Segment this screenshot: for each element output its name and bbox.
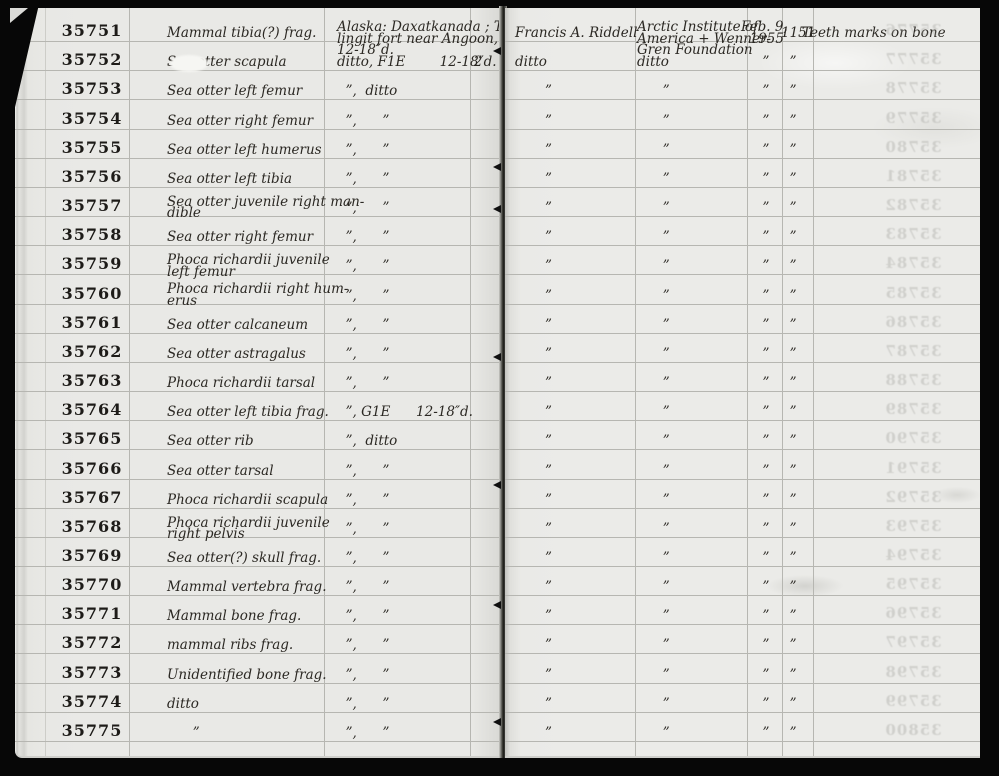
catalog-date: ” xyxy=(741,669,769,681)
bleedthrough-number: 35784 xyxy=(877,257,949,269)
ledger-row-left: 35770Mammal vertebra frag. ”, ” xyxy=(15,567,500,596)
locality-and-unit: ”, ” xyxy=(337,727,389,739)
binding-stitch xyxy=(493,353,501,361)
specimen-description: Unidentified bone frag. xyxy=(167,669,327,681)
catalog-date: ” xyxy=(741,319,769,331)
bleedthrough-number: 35785 xyxy=(877,287,949,299)
catalog-date: ” xyxy=(741,173,769,185)
specimen-description: Phoca richardii tarsal xyxy=(167,377,315,389)
field-number: ” xyxy=(781,406,796,418)
field-number: ” xyxy=(781,465,796,477)
funding-institution: ” xyxy=(637,698,670,710)
ledger-row-left: 35767Phoca richardii scapula ”, ” xyxy=(15,480,500,509)
ledger-row-right: ” ” ” ”35794 xyxy=(505,538,980,567)
ledger-row-left: 35759Phoca richardii juvenile left femur… xyxy=(15,246,500,275)
funding-institution: ” xyxy=(637,144,670,156)
ledger-row-left: 35755Sea otter left humerus ”, ” xyxy=(15,130,500,159)
locality-and-unit: ”, ” xyxy=(337,465,389,477)
ledger-row-right: ” ” ” ”35779 xyxy=(505,100,980,129)
field-number: ” xyxy=(781,523,796,535)
specimen-description: Phoca richardii scapula xyxy=(167,494,328,506)
collector-name: ” xyxy=(515,639,552,651)
locality-and-unit: ”, ” xyxy=(337,115,389,127)
bleedthrough-number: 35777 xyxy=(877,53,949,65)
paper-blotch xyxy=(170,55,208,72)
catalog-date: ” xyxy=(741,348,769,360)
bleedthrough-number: 35796 xyxy=(877,607,949,619)
funding-institution: ” xyxy=(637,406,670,418)
ledger-row-left: 35765Sea otter rib ”, ditto xyxy=(15,421,500,450)
ledger-row-left: 35758Sea otter right femur ”, ” xyxy=(15,217,500,246)
field-number: ” xyxy=(781,494,796,506)
binding-stitch xyxy=(493,47,501,55)
ledger-row-left: 35762Sea otter astragalus ”, ” xyxy=(15,334,500,363)
bleedthrough-number: 35787 xyxy=(877,345,949,357)
field-number: ” xyxy=(781,144,796,156)
funding-institution: ” xyxy=(637,115,670,127)
funding-institution: ” xyxy=(637,494,670,506)
ledger-row-left: 35751Mammal tibia(?) frag.Alaska: Daxatk… xyxy=(15,13,500,42)
field-number: ” xyxy=(781,56,796,68)
catalog-number: 35768 xyxy=(55,521,129,533)
catalog-date: ” xyxy=(741,494,769,506)
ledger-row-left: 35756Sea otter left tibia ”, ” xyxy=(15,159,500,188)
ledger-row-right: ” ” ” ”35784 xyxy=(505,246,980,275)
catalog-date: ” xyxy=(741,523,769,535)
collector-name: ” xyxy=(515,523,552,535)
bleedthrough-number: 35786 xyxy=(877,316,949,328)
catalog-date: ” xyxy=(741,231,769,243)
funding-institution: ” xyxy=(637,348,670,360)
field-number: ” xyxy=(781,115,796,127)
catalog-date: ” xyxy=(741,552,769,564)
field-number: ” xyxy=(781,639,796,651)
bleedthrough-number: 35780 xyxy=(877,141,949,153)
field-number: ” xyxy=(781,173,796,185)
specimen-description: Sea otter left tibia frag. xyxy=(167,406,329,418)
locality-and-unit: ”, ” xyxy=(337,610,389,622)
catalog-number: 35767 xyxy=(55,492,129,504)
collector-name: ” xyxy=(515,173,552,185)
collector-name: ” xyxy=(515,319,552,331)
catalog-date: ” xyxy=(741,610,769,622)
funding-institution: ” xyxy=(637,465,670,477)
ledger-row-left: 35757Sea otter juvenile right man- dible… xyxy=(15,188,500,217)
catalog-number: 35754 xyxy=(55,113,129,125)
bleedthrough-number: 35798 xyxy=(877,666,949,678)
field-number: ” xyxy=(781,260,796,272)
left-page-rows: 35751Mammal tibia(?) frag.Alaska: Daxatk… xyxy=(15,13,500,742)
specimen-description: Sea otter calcaneum xyxy=(167,319,308,331)
catalog-date: ” xyxy=(741,202,769,214)
catalog-date: ” xyxy=(741,56,769,68)
catalog-number: 35772 xyxy=(55,637,129,649)
funding-institution: ” xyxy=(637,523,670,535)
catalog-date: ” xyxy=(741,406,769,418)
ledger-row-left: 35761Sea otter calcaneum ”, ” xyxy=(15,305,500,334)
bleedthrough-number: 35779 xyxy=(877,112,949,124)
bleedthrough-number: 35799 xyxy=(877,695,949,707)
locality-and-unit: ”, ” xyxy=(337,202,389,214)
right-page-rows: Francis A. RiddellArctic Institute of Am… xyxy=(505,13,980,742)
ledger-page-right: Francis A. RiddellArctic Institute of Am… xyxy=(505,8,980,758)
locality-and-unit: ”, ” xyxy=(337,581,389,593)
catalog-number: 35758 xyxy=(55,229,129,241)
bleedthrough-number: 35795 xyxy=(877,578,949,590)
specimen-description: ditto xyxy=(167,698,199,710)
ledger-row-right: ” ” ” ”35778 xyxy=(505,71,980,100)
collector-name: ” xyxy=(515,85,552,97)
funding-institution: ” xyxy=(637,581,670,593)
ledger-row-right: ” ” ” ”35798 xyxy=(505,654,980,683)
ledger-row-left: 35763Phoca richardii tarsal ”, ” xyxy=(15,363,500,392)
ledger-row-left: 35753Sea otter left femur ”, ditto xyxy=(15,71,500,100)
catalog-number: 35770 xyxy=(55,579,129,591)
specimen-description: Sea otter rib xyxy=(167,435,254,447)
field-number: ” xyxy=(781,319,796,331)
funding-institution: ” xyxy=(637,552,670,564)
bleedthrough-number: 35789 xyxy=(877,403,949,415)
collector-name: ” xyxy=(515,727,552,739)
field-number: ” xyxy=(781,581,796,593)
funding-institution: ” xyxy=(637,202,670,214)
ledger-row-right: ” ” ” ”35793 xyxy=(505,509,980,538)
specimen-description: Sea otter(?) skull frag. xyxy=(167,552,321,564)
binding-stitch xyxy=(493,205,501,213)
bleedthrough-number: 35781 xyxy=(877,170,949,182)
locality-and-unit: ”, ” xyxy=(337,523,389,535)
collector-name: ” xyxy=(515,406,552,418)
catalog-number: 35774 xyxy=(55,696,129,708)
specimen-description: Sea otter astragalus xyxy=(167,348,306,360)
ledger-row-right: ” ” ” ”35787 xyxy=(505,334,980,363)
specimen-description: Sea otter left femur xyxy=(167,85,302,97)
bleedthrough-number: 35782 xyxy=(877,199,949,211)
locality-and-unit: ”, ” xyxy=(337,669,389,681)
collector-name: Francis A. Riddell xyxy=(515,27,637,39)
ledger-row-right: ” ” ” ”35785 xyxy=(505,275,980,304)
catalog-date: ” xyxy=(741,85,769,97)
catalog-number: 35760 xyxy=(55,288,129,300)
ledger-row-right: ” ” ” ”35799 xyxy=(505,684,980,713)
specimen-description: Sea otter left tibia xyxy=(167,173,292,185)
collector-name: ” xyxy=(515,435,552,447)
ledger-row-right: dittoditto ” ”35777 xyxy=(505,42,980,71)
collector-name: ” xyxy=(515,202,552,214)
locality-and-unit: ”, ” xyxy=(337,319,389,331)
specimen-description: Sea otter right femur xyxy=(167,231,313,243)
collector-name: ” xyxy=(515,552,552,564)
catalog-date: ” xyxy=(741,465,769,477)
catalog-date: ” xyxy=(741,639,769,651)
field-number: ” xyxy=(781,435,796,447)
locality-and-unit: ”, ” xyxy=(337,552,389,564)
bleedthrough-number: 35792 xyxy=(877,491,949,503)
ledger-row-left: 35772mammal ribs frag. ”, ” xyxy=(15,625,500,654)
catalog-number: 35759 xyxy=(55,258,129,270)
bleedthrough-number: 35793 xyxy=(877,520,949,532)
field-number: ” xyxy=(781,669,796,681)
locality-and-unit: ”, ” xyxy=(337,290,389,302)
specimen-description: Mammal tibia(?) frag. xyxy=(167,27,316,39)
catalog-number: 35764 xyxy=(55,404,129,416)
bleedthrough-number: 35790 xyxy=(877,432,949,444)
specimen-description: Sea otter left humerus xyxy=(167,144,322,156)
catalog-date: ” xyxy=(741,377,769,389)
ledger-row-left: 35771Mammal bone frag. ”, ” xyxy=(15,596,500,625)
funding-institution: ” xyxy=(637,727,670,739)
ledger-row-right: ” ” ” ”35789 xyxy=(505,392,980,421)
ledger-row-right: Francis A. RiddellArctic Institute of Am… xyxy=(505,13,980,42)
ledger-row-right: ” ” ” ”35800 xyxy=(505,713,980,742)
funding-institution: ” xyxy=(637,639,670,651)
ledger-row-right: ” ” ” ”35781 xyxy=(505,159,980,188)
ledger-row-right: ” ” ” ”35797 xyxy=(505,625,980,654)
field-number: ” xyxy=(781,727,796,739)
bleedthrough-number: 35788 xyxy=(877,374,949,386)
collector-name: ” xyxy=(515,260,552,272)
locality-and-unit: ”, ditto xyxy=(337,85,397,97)
funding-institution: ” xyxy=(637,290,670,302)
catalog-number: 35775 xyxy=(55,725,129,737)
ledger-page-left: 35751Mammal tibia(?) frag.Alaska: Daxatk… xyxy=(15,8,501,758)
collector-name: ” xyxy=(515,610,552,622)
catalog-date: ” xyxy=(741,115,769,127)
locality-and-unit: ”, ” xyxy=(337,173,389,185)
funding-institution: ” xyxy=(637,231,670,243)
locality-and-unit: ”, ” xyxy=(337,231,389,243)
funding-institution: ” xyxy=(637,610,670,622)
ledger-row-left: 35768Phoca richardii juvenile right pelv… xyxy=(15,509,500,538)
funding-institution: ” xyxy=(637,173,670,185)
bleedthrough-number: 35794 xyxy=(877,549,949,561)
ledger-row-left: 35764Sea otter left tibia frag. ”, G1E 1… xyxy=(15,392,500,421)
locality-and-unit: ”, ” xyxy=(337,348,389,360)
ledger-row-left: 35760Phoca richardii right hum- erus ”, … xyxy=(15,275,500,304)
ledger-row-right: ” ” ” ”35791 xyxy=(505,450,980,479)
specimen-description: Mammal bone frag. xyxy=(167,610,301,622)
bleedthrough-number: 35783 xyxy=(877,228,949,240)
catalog-number: 35771 xyxy=(55,608,129,620)
collector-name: ” xyxy=(515,465,552,477)
catalog-date: ” xyxy=(741,290,769,302)
locality-and-unit: ”, ditto xyxy=(337,435,397,447)
catalog-number: 35757 xyxy=(55,200,129,212)
locality-and-unit: ”, ” xyxy=(337,698,389,710)
ledger-row-left: 35773Unidentified bone frag. ”, ” xyxy=(15,654,500,683)
binding-stitch xyxy=(493,481,501,489)
specimen-description: mammal ribs frag. xyxy=(167,639,293,651)
ledger-row-left: 35774ditto ”, ” xyxy=(15,684,500,713)
ledger-row-right: ” ” ” ”35796 xyxy=(505,596,980,625)
catalog-date: ” xyxy=(741,260,769,272)
field-number: ” xyxy=(781,85,796,97)
collector-name: ” xyxy=(515,348,552,360)
catalog-number: 35752 xyxy=(55,54,129,66)
field-number: ” xyxy=(781,290,796,302)
catalog-date: ” xyxy=(741,727,769,739)
catalog-number: 35761 xyxy=(55,317,129,329)
ledger-row-right: ” ” ” ”35790 xyxy=(505,421,980,450)
bleedthrough-number: 35800 xyxy=(877,724,949,736)
bleedthrough-number: 35778 xyxy=(877,82,949,94)
catalog-number: 35762 xyxy=(55,346,129,358)
field-number: ” xyxy=(781,202,796,214)
locality-and-unit: ”, ” xyxy=(337,494,389,506)
bleedthrough-number: 35776 xyxy=(877,24,949,36)
collector-name: ” xyxy=(515,494,552,506)
binding-stitch xyxy=(493,163,501,171)
ledger-row-left: 35766Sea otter tarsal ”, ” xyxy=(15,450,500,479)
ledger-row-left: 35754Sea otter right femur ”, ” xyxy=(15,100,500,129)
ledger-row-left: 35775 ” ”, ” xyxy=(15,713,500,742)
funding-institution: ” xyxy=(637,377,670,389)
field-number: ” xyxy=(781,231,796,243)
collector-name: ” xyxy=(515,581,552,593)
specimen-count: 2 xyxy=(467,56,489,68)
ledger-row-right: ” ” ” ”35783 xyxy=(505,217,980,246)
catalog-number: 35753 xyxy=(55,83,129,95)
funding-institution: ” xyxy=(637,260,670,272)
catalog-number: 35763 xyxy=(55,375,129,387)
locality-and-unit: ”, ” xyxy=(337,639,389,651)
catalog-number: 35765 xyxy=(55,433,129,445)
specimen-description: Sea otter right femur xyxy=(167,115,313,127)
ledger-row-right: ” ” ” ”35786 xyxy=(505,305,980,334)
funding-institution: ” xyxy=(637,669,670,681)
bleedthrough-number: 35797 xyxy=(877,636,949,648)
collector-name: ” xyxy=(515,115,552,127)
locality-and-unit: ”, ” xyxy=(337,377,389,389)
ledger-row-left: 35769Sea otter(?) skull frag. ”, ” xyxy=(15,538,500,567)
catalog-date: ” xyxy=(741,435,769,447)
field-number: ” xyxy=(781,552,796,564)
funding-institution: ” xyxy=(637,319,670,331)
field-number: ” xyxy=(781,348,796,360)
funding-institution: ditto xyxy=(637,56,669,68)
funding-institution: ” xyxy=(637,85,670,97)
catalog-date: ” xyxy=(741,698,769,710)
specimen-description: ” xyxy=(167,727,200,739)
collector-name: ” xyxy=(515,231,552,243)
catalog-number: 35769 xyxy=(55,550,129,562)
binding-stitch xyxy=(493,718,501,726)
catalog-number: 35756 xyxy=(55,171,129,183)
funding-institution: ” xyxy=(637,435,670,447)
catalog-number: 35773 xyxy=(55,667,129,679)
collector-name: ” xyxy=(515,290,552,302)
ledger-row-right: ” ” ” ”35788 xyxy=(505,363,980,392)
catalog-date: ” xyxy=(741,581,769,593)
catalog-date: ” xyxy=(741,144,769,156)
catalog-number: 35751 xyxy=(55,25,129,37)
bleedthrough-number: 35791 xyxy=(877,462,949,474)
collector-name: ” xyxy=(515,698,552,710)
specimen-description: Mammal vertebra frag. xyxy=(167,581,326,593)
specimen-description: Sea otter tarsal xyxy=(167,465,274,477)
collector-name: ” xyxy=(515,377,552,389)
collector-name: ” xyxy=(515,669,552,681)
binding-stitch xyxy=(493,601,501,609)
collector-name: ” xyxy=(515,144,552,156)
locality-and-unit: ”, G1E 12-18″d. xyxy=(337,406,473,418)
catalog-number: 35766 xyxy=(55,463,129,475)
scanned-ledger-spread: 35751Mammal tibia(?) frag.Alaska: Daxatk… xyxy=(0,0,999,776)
field-number: ” xyxy=(781,698,796,710)
ledger-row-right: ” ” ” ”35792 xyxy=(505,480,980,509)
ledger-row-left: 35752Sea otter scapuladitto, F1E 12-18″d… xyxy=(15,42,500,71)
field-number: ” xyxy=(781,377,796,389)
collector-name: ditto xyxy=(515,56,547,68)
ledger-row-right: ” ” ” ”35795 xyxy=(505,567,980,596)
locality-and-unit: ”, ” xyxy=(337,260,389,272)
ledger-row-right: ” ” ” ”35780 xyxy=(505,130,980,159)
ledger-row-right: ” ” ” ”35782 xyxy=(505,188,980,217)
catalog-number: 35755 xyxy=(55,142,129,154)
locality-and-unit: ”, ” xyxy=(337,144,389,156)
field-number: ” xyxy=(781,610,796,622)
